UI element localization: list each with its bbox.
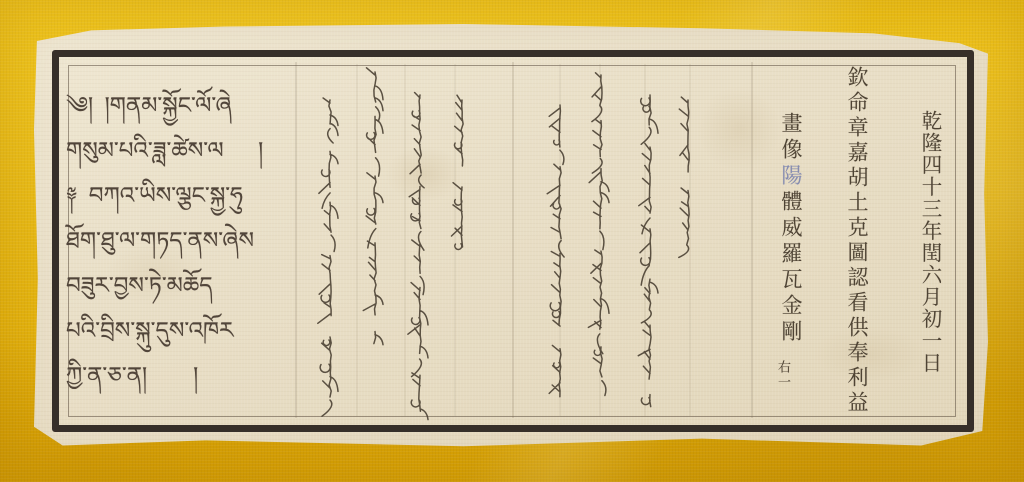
tibetan-text-block: ༄། །གནམ་སྐྱོང་ལོ་ཞེ གསུམ་པའི་ཟླ་ཚེས་ལ ། … (66, 84, 296, 399)
tibetan-line-4: ཐོག་ཐུ་ལ་གཏད་ནས་ཞེས (66, 219, 296, 264)
tibetan-line-5: བཟུར་བྱས་ཏེ་མཆོད (66, 264, 296, 309)
position-marker: 右一 (773, 360, 792, 390)
tibetan-line-1: ༄། །གནམ་སྐྱོང་ལོ་ཞེ (66, 84, 296, 129)
photo-of-label: ༄། །གནམ་སྐྱོང་ལོ་ཞེ གསུམ་པའི་ཟླ་ཚེས་ལ ། … (0, 0, 1024, 482)
deity-title-prefix: 畫像 (779, 112, 803, 164)
tibetan-line-7: ཀྱི་ན་ཅ་ན། ། (66, 354, 296, 399)
tibetan-line-3: ༈ བཀའ་ཡིས་ལྕང་སྐྱ་ཧུ (66, 174, 296, 219)
chinese-date-column: 乾隆四十三年閏六月初一日 (915, 110, 945, 374)
chinese-deity-title-column: 畫像陽體威羅瓦金剛 (776, 112, 806, 346)
tibetan-line-6: པའི་བྲིས་སྐུ་དུས་འཁོར (66, 309, 296, 354)
deity-title-inserted-blue-char: 陽 (779, 164, 803, 190)
tibetan-line-2: གསུམ་པའི་ཟླ་ཚེས་ལ ། (66, 129, 296, 174)
deity-title-suffix: 體威羅瓦金剛 (779, 190, 803, 346)
chinese-certification-column: 欽命章嘉胡土克圖認看供奉利益 (842, 66, 872, 416)
